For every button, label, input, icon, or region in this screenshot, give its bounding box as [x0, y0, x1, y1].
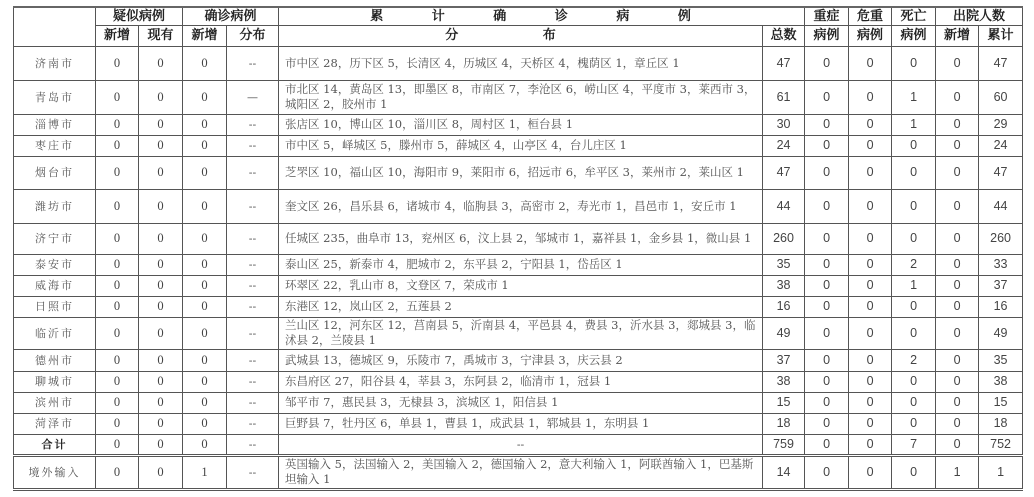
header-suspected: 疑似病例 — [96, 7, 183, 25]
severe-cases: 0 — [805, 349, 849, 371]
critical-cases: 0 — [849, 135, 892, 156]
suspected-new: 0 — [96, 114, 139, 135]
cumulative-distribution: 东昌府区 27，阳谷县 4，莘县 3，东阿县 2，临清市 1，冠县 1 — [279, 371, 763, 392]
imported-row: 境外输入001--英国输入 5，法国输入 2，美国输入 2，德国输入 2，意大利… — [14, 455, 1023, 489]
table-row: 临沂市000--兰山区 12，河东区 12，莒南县 5，沂南县 4，平邑县 4，… — [14, 317, 1023, 349]
death-cases: 0 — [892, 135, 936, 156]
critical-cases: 0 — [849, 254, 892, 275]
discharged-cumulative: 44 — [979, 189, 1023, 223]
header-city-blank — [14, 7, 96, 46]
confirmed-distribution: -- — [227, 371, 279, 392]
header-cumulative-confirmed: 累 计 确 诊 病 例 — [279, 7, 805, 25]
total-confirmed: 47 — [763, 156, 805, 189]
confirmed-distribution: -- — [227, 296, 279, 317]
confirmed-distribution: -- — [227, 413, 279, 434]
cumulative-distribution: 武城县 13，德城区 9，乐陵市 7，禹城市 3，宁津县 3，庆云县 2 — [279, 349, 763, 371]
city-name: 境外输入 — [14, 455, 96, 489]
confirmed-new: 0 — [183, 80, 227, 114]
discharged-new: 0 — [936, 371, 979, 392]
discharged-cumulative: 752 — [979, 434, 1023, 455]
discharged-cumulative: 47 — [979, 156, 1023, 189]
death-cases: 0 — [892, 317, 936, 349]
confirmed-distribution: -- — [227, 46, 279, 80]
total-confirmed: 16 — [763, 296, 805, 317]
death-cases: 0 — [892, 392, 936, 413]
header-severe-top: 重症 — [805, 7, 849, 25]
total-confirmed: 44 — [763, 189, 805, 223]
table-row: 聊城市000--东昌府区 27，阳谷县 4，莘县 3，东阿县 2，临清市 1，冠… — [14, 371, 1023, 392]
cumulative-distribution: 邹平市 7，惠民县 3，无棣县 3，滨城区 1，阳信县 1 — [279, 392, 763, 413]
discharged-new: 0 — [936, 317, 979, 349]
death-cases: 0 — [892, 46, 936, 80]
table-row: 威海市000--环翠区 22，乳山市 8，文登区 7，荣成市 138001037 — [14, 275, 1023, 296]
total-confirmed: 260 — [763, 223, 805, 254]
suspected-new: 0 — [96, 413, 139, 434]
critical-cases: 0 — [849, 223, 892, 254]
suspected-current: 0 — [139, 392, 183, 413]
severe-cases: 0 — [805, 275, 849, 296]
header-discharged: 出院人数 — [936, 7, 1023, 25]
death-cases: 1 — [892, 80, 936, 114]
table-row: 菏泽市000--巨野县 7，牡丹区 6，单县 1，曹县 1，成武县 1，郓城县 … — [14, 413, 1023, 434]
city-name: 德州市 — [14, 349, 96, 371]
confirmed-distribution: -- — [227, 349, 279, 371]
discharged-cumulative: 16 — [979, 296, 1023, 317]
table-row: 潍坊市000--奎文区 26，昌乐县 6，诸城市 4，临朐县 3，高密市 2，寿… — [14, 189, 1023, 223]
confirmed-distribution: -- — [227, 275, 279, 296]
discharged-cumulative: 33 — [979, 254, 1023, 275]
table-row: 枣庄市000--市中区 5，峄城区 5，滕州市 5，薛城区 4，山亭区 4，台儿… — [14, 135, 1023, 156]
discharged-cumulative: 47 — [979, 46, 1023, 80]
total-confirmed: 35 — [763, 254, 805, 275]
cumulative-distribution: 泰山区 25，新泰市 4，肥城市 2，东平县 2，宁阳县 1，岱岳区 1 — [279, 254, 763, 275]
total-confirmed: 38 — [763, 275, 805, 296]
header-confirmed: 确诊病例 — [183, 7, 279, 25]
confirmed-new: 0 — [183, 413, 227, 434]
critical-cases: 0 — [849, 317, 892, 349]
confirmed-new: 0 — [183, 371, 227, 392]
city-name: 济宁市 — [14, 223, 96, 254]
confirmed-new: 0 — [183, 114, 227, 135]
confirmed-new: 0 — [183, 156, 227, 189]
suspected-current: 0 — [139, 46, 183, 80]
death-cases: 0 — [892, 223, 936, 254]
death-cases: 0 — [892, 413, 936, 434]
cumulative-distribution: 东港区 12，岚山区 2，五莲县 2 — [279, 296, 763, 317]
total-confirmed: 47 — [763, 46, 805, 80]
suspected-current: 0 — [139, 254, 183, 275]
header-death-top: 死亡 — [892, 7, 936, 25]
cumulative-distribution: 英国输入 5，法国输入 2，美国输入 2，德国输入 2，意大利输入 1，阿联酋输… — [279, 455, 763, 489]
city-name: 聊城市 — [14, 371, 96, 392]
suspected-new: 0 — [96, 317, 139, 349]
cumulative-distribution: 市中区 28，历下区 5，长清区 4，历城区 4，天桥区 4，槐荫区 1，章丘区… — [279, 46, 763, 80]
header-death-sub: 病例 — [892, 25, 936, 46]
table-row: 济南市000--市中区 28，历下区 5，长清区 4，历城区 4，天桥区 4，槐… — [14, 46, 1023, 80]
city-name: 济南市 — [14, 46, 96, 80]
severe-cases: 0 — [805, 135, 849, 156]
cumulative-distribution: 张店区 10，博山区 10，淄川区 8，周村区 1，桓台县 1 — [279, 114, 763, 135]
header-critical-sub: 病例 — [849, 25, 892, 46]
discharged-cumulative: 15 — [979, 392, 1023, 413]
city-name: 潍坊市 — [14, 189, 96, 223]
city-name: 菏泽市 — [14, 413, 96, 434]
discharged-cumulative: 37 — [979, 275, 1023, 296]
total-confirmed: 49 — [763, 317, 805, 349]
death-cases: 2 — [892, 254, 936, 275]
table-row: 济宁市000--任城区 235，曲阜市 13，兖州区 6，汶上县 2，邹城市 1… — [14, 223, 1023, 254]
suspected-current: 0 — [139, 156, 183, 189]
header-discharged-new: 新增 — [936, 25, 979, 46]
critical-cases: 0 — [849, 413, 892, 434]
discharged-new: 0 — [936, 392, 979, 413]
discharged-cumulative: 260 — [979, 223, 1023, 254]
severe-cases: 0 — [805, 317, 849, 349]
suspected-current: 0 — [139, 371, 183, 392]
table-row: 日照市000--东港区 12，岚山区 2，五莲县 216000016 — [14, 296, 1023, 317]
discharged-new: 0 — [936, 434, 979, 455]
header-suspected-new: 新增 — [96, 25, 139, 46]
confirmed-new: 0 — [183, 296, 227, 317]
total-confirmed: 37 — [763, 349, 805, 371]
severe-cases: 0 — [805, 189, 849, 223]
discharged-cumulative: 49 — [979, 317, 1023, 349]
suspected-new: 0 — [96, 189, 139, 223]
table-row: 烟台市000--芝罘区 10，福山区 10，海阳市 9，莱阳市 6，招远市 6，… — [14, 156, 1023, 189]
header-row-1: 疑似病例 确诊病例 累 计 确 诊 病 例 重症 危重 死亡 出院人数 — [14, 7, 1023, 25]
cumulative-distribution: 市中区 5，峄城区 5，滕州市 5，薛城区 4，山亭区 4，台儿庄区 1 — [279, 135, 763, 156]
confirmed-distribution: -- — [227, 223, 279, 254]
discharged-new: 0 — [936, 46, 979, 80]
cumulative-distribution: 兰山区 12，河东区 12，莒南县 5，沂南县 4，平邑县 4，费县 3，沂水县… — [279, 317, 763, 349]
suspected-new: 0 — [96, 371, 139, 392]
confirmed-distribution: -- — [227, 434, 279, 455]
suspected-new: 0 — [96, 46, 139, 80]
cumulative-distribution: 芝罘区 10，福山区 10，海阳市 9，莱阳市 6，招远市 6，牟平区 3，莱州… — [279, 156, 763, 189]
death-cases: 0 — [892, 371, 936, 392]
city-name: 青岛市 — [14, 80, 96, 114]
confirmed-new: 0 — [183, 135, 227, 156]
confirmed-distribution: -- — [227, 114, 279, 135]
city-name: 合计 — [14, 434, 96, 455]
suspected-current: 0 — [139, 296, 183, 317]
suspected-new: 0 — [96, 392, 139, 413]
confirmed-new: 0 — [183, 254, 227, 275]
discharged-cumulative: 1 — [979, 455, 1023, 489]
header-discharged-cum: 累计 — [979, 25, 1023, 46]
suspected-new: 0 — [96, 135, 139, 156]
city-name: 枣庄市 — [14, 135, 96, 156]
cumulative-distribution: 市北区 14，黄岛区 13，即墨区 8，市南区 7，李沧区 6，崂山区 4，平度… — [279, 80, 763, 114]
discharged-new: 1 — [936, 455, 979, 489]
confirmed-new: 0 — [183, 317, 227, 349]
severe-cases: 0 — [805, 114, 849, 135]
suspected-current: 0 — [139, 114, 183, 135]
table-row: 德州市000--武城县 13，德城区 9，乐陵市 7，禹城市 3，宁津县 3，庆… — [14, 349, 1023, 371]
confirmed-distribution: -- — [227, 392, 279, 413]
death-cases: 7 — [892, 434, 936, 455]
suspected-new: 0 — [96, 156, 139, 189]
death-cases: 0 — [892, 296, 936, 317]
critical-cases: 0 — [849, 275, 892, 296]
header-confirmed-distribution: 分布 — [227, 25, 279, 46]
discharged-new: 0 — [936, 156, 979, 189]
confirmed-new: 0 — [183, 275, 227, 296]
discharged-new: 0 — [936, 275, 979, 296]
critical-cases: 0 — [849, 114, 892, 135]
critical-cases: 0 — [849, 349, 892, 371]
severe-cases: 0 — [805, 455, 849, 489]
covid-statistics-table: 疑似病例 确诊病例 累 计 确 诊 病 例 重症 危重 死亡 出院人数 新增 现… — [13, 6, 1023, 491]
critical-cases: 0 — [849, 434, 892, 455]
severe-cases: 0 — [805, 296, 849, 317]
suspected-current: 0 — [139, 317, 183, 349]
suspected-current: 0 — [139, 135, 183, 156]
suspected-new: 0 — [96, 275, 139, 296]
table-row: 淄博市000--张店区 10，博山区 10，淄川区 8，周村区 1，桓台县 13… — [14, 114, 1023, 135]
discharged-new: 0 — [936, 189, 979, 223]
header-total: 总数 — [763, 25, 805, 46]
severe-cases: 0 — [805, 223, 849, 254]
confirmed-new: 1 — [183, 455, 227, 489]
suspected-new: 0 — [96, 349, 139, 371]
cumulative-distribution: 奎文区 26，昌乐县 6，诸城市 4，临朐县 3，高密市 2，寿光市 1，昌邑市… — [279, 189, 763, 223]
total-confirmed: 30 — [763, 114, 805, 135]
suspected-current: 0 — [139, 413, 183, 434]
suspected-current: 0 — [139, 434, 183, 455]
discharged-new: 0 — [936, 349, 979, 371]
table-row: 泰安市000--泰山区 25，新泰市 4，肥城市 2，东平县 2，宁阳县 1，岱… — [14, 254, 1023, 275]
suspected-current: 0 — [139, 80, 183, 114]
confirmed-new: 0 — [183, 223, 227, 254]
suspected-new: 0 — [96, 223, 139, 254]
discharged-new: 0 — [936, 296, 979, 317]
confirmed-new: 0 — [183, 189, 227, 223]
critical-cases: 0 — [849, 392, 892, 413]
critical-cases: 0 — [849, 156, 892, 189]
discharged-new: 0 — [936, 254, 979, 275]
severe-cases: 0 — [805, 80, 849, 114]
city-name: 临沂市 — [14, 317, 96, 349]
confirmed-new: 0 — [183, 392, 227, 413]
total-confirmed: 18 — [763, 413, 805, 434]
suspected-new: 0 — [96, 80, 139, 114]
cumulative-distribution: 巨野县 7，牡丹区 6，单县 1，曹县 1，成武县 1，郓城县 1，东明县 1 — [279, 413, 763, 434]
confirmed-distribution: -- — [227, 455, 279, 489]
critical-cases: 0 — [849, 46, 892, 80]
city-name: 滨州市 — [14, 392, 96, 413]
suspected-new: 0 — [96, 434, 139, 455]
suspected-current: 0 — [139, 349, 183, 371]
confirmed-new: 0 — [183, 349, 227, 371]
severe-cases: 0 — [805, 413, 849, 434]
discharged-new: 0 — [936, 114, 979, 135]
critical-cases: 0 — [849, 371, 892, 392]
header-suspected-current: 现有 — [139, 25, 183, 46]
header-row-2: 新增 现有 新增 分布 分 布 总数 病例 病例 病例 新增 累计 — [14, 25, 1023, 46]
confirmed-distribution: -- — [227, 254, 279, 275]
confirmed-distribution: -- — [227, 135, 279, 156]
suspected-new: 0 — [96, 455, 139, 489]
suspected-current: 0 — [139, 275, 183, 296]
city-name: 淄博市 — [14, 114, 96, 135]
discharged-new: 0 — [936, 135, 979, 156]
death-cases: 0 — [892, 189, 936, 223]
header-critical-top: 危重 — [849, 7, 892, 25]
critical-cases: 0 — [849, 189, 892, 223]
header-severe-sub: 病例 — [805, 25, 849, 46]
suspected-new: 0 — [96, 254, 139, 275]
city-name: 烟台市 — [14, 156, 96, 189]
discharged-new: 0 — [936, 413, 979, 434]
death-cases: 0 — [892, 455, 936, 489]
total-confirmed: 14 — [763, 455, 805, 489]
confirmed-distribution: -- — [227, 317, 279, 349]
severe-cases: 0 — [805, 392, 849, 413]
confirmed-new: 0 — [183, 434, 227, 455]
header-cumulative-distribution: 分 布 — [279, 25, 763, 46]
discharged-new: 0 — [936, 223, 979, 254]
total-confirmed: 38 — [763, 371, 805, 392]
discharged-cumulative: 38 — [979, 371, 1023, 392]
severe-cases: 0 — [805, 156, 849, 189]
suspected-current: 0 — [139, 455, 183, 489]
discharged-cumulative: 18 — [979, 413, 1023, 434]
death-cases: 2 — [892, 349, 936, 371]
critical-cases: 0 — [849, 80, 892, 114]
confirmed-distribution: -- — [227, 156, 279, 189]
suspected-current: 0 — [139, 189, 183, 223]
suspected-current: 0 — [139, 223, 183, 254]
confirmed-new: 0 — [183, 46, 227, 80]
city-name: 威海市 — [14, 275, 96, 296]
city-name: 泰安市 — [14, 254, 96, 275]
severe-cases: 0 — [805, 434, 849, 455]
table-row: 青岛市000—市北区 14，黄岛区 13，即墨区 8，市南区 7，李沧区 6，崂… — [14, 80, 1023, 114]
critical-cases: 0 — [849, 296, 892, 317]
total-confirmed: 24 — [763, 135, 805, 156]
cumulative-distribution: -- — [279, 434, 763, 455]
death-cases: 1 — [892, 114, 936, 135]
discharged-cumulative: 24 — [979, 135, 1023, 156]
cumulative-distribution: 任城区 235，曲阜市 13，兖州区 6，汶上县 2，邹城市 1，嘉祥县 1，金… — [279, 223, 763, 254]
table-row: 滨州市000--邹平市 7，惠民县 3，无棣县 3，滨城区 1，阳信县 1150… — [14, 392, 1023, 413]
confirmed-distribution: -- — [227, 189, 279, 223]
total-confirmed: 15 — [763, 392, 805, 413]
city-name: 日照市 — [14, 296, 96, 317]
header-confirmed-new: 新增 — [183, 25, 227, 46]
confirmed-distribution: — — [227, 80, 279, 114]
critical-cases: 0 — [849, 455, 892, 489]
suspected-new: 0 — [96, 296, 139, 317]
death-cases: 1 — [892, 275, 936, 296]
discharged-cumulative: 35 — [979, 349, 1023, 371]
cumulative-distribution: 环翠区 22，乳山市 8，文登区 7，荣成市 1 — [279, 275, 763, 296]
total-confirmed: 759 — [763, 434, 805, 455]
discharged-cumulative: 29 — [979, 114, 1023, 135]
severe-cases: 0 — [805, 46, 849, 80]
total-row: 合计000----7590070752 — [14, 434, 1023, 455]
discharged-cumulative: 60 — [979, 80, 1023, 114]
death-cases: 0 — [892, 156, 936, 189]
severe-cases: 0 — [805, 371, 849, 392]
severe-cases: 0 — [805, 254, 849, 275]
total-confirmed: 61 — [763, 80, 805, 114]
discharged-new: 0 — [936, 80, 979, 114]
